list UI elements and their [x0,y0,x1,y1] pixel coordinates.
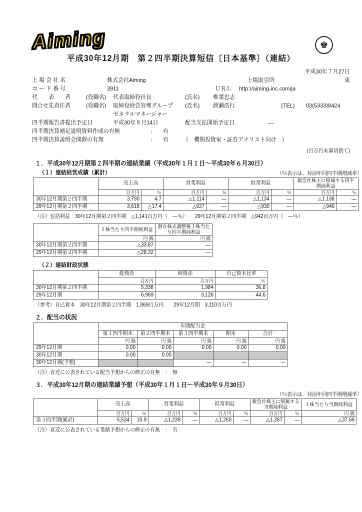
metric-cell: 10.9 [131,417,148,425]
dividend-cell: 0.00 [213,344,248,352]
row-label: 29年12月期 [33,344,98,352]
supplement-label: 四半期決算補足説明資料作成の有無 [32,128,150,137]
dividend-cell: ― [248,359,287,367]
metric-cell: △927 [163,203,206,211]
exchange-value: 東 [275,77,351,86]
metric-cell: ― [206,203,228,211]
section2-title: ２．配当の状況 [35,313,362,322]
metric-cell: ― [155,242,212,250]
contact-row: 問合せ先責任者 (役職名) 取締役経営管理グループ ゼネラルマネージャー (氏名… [32,102,350,119]
column-header: 経常利益 [199,399,250,411]
supplement-colon: ： [150,128,163,137]
exchange-label: 上場取引所 [247,77,275,86]
earnings-report-page: Aiming ♚ 平成30年12月期 第２四半期決算短信〔日本基準〕（連結） 平… [0,0,362,512]
column-header: 売上高 [98,178,163,190]
metric-cell: 3,126 [155,292,215,300]
table-row: 29年12月期第２四半期 △28.32 ― [33,249,212,257]
supplement-row: 四半期決算補足説明資料作成の有無 ： 有 [32,128,350,137]
metric-cell: △17.4 [141,203,163,211]
metric-cell: △33.87 [98,242,155,250]
corner-cell [33,399,97,417]
dividend-cell: 0.00 [248,344,287,352]
table-row: 29年12月期 6,969 3,126 44.6 [33,292,267,300]
dividend-cell: 0.00 [137,352,173,360]
filing-row: 四半期報告書提出予定日 平成30年８月14日 配当支払開始予定日 ― [32,119,350,128]
forecast-note: （注）直近に公表されている業績予想からの修正の有無 ： 有 [35,426,362,434]
column-header: 総資産 [98,270,155,278]
dividend-cell: 0.00 [98,352,137,360]
row-label: 30年12月期 [33,352,98,360]
certification-mark-icon: ♚ [315,36,333,54]
results-table: 売上高 営業利益 経常利益 親会社株主に帰属する四半期純利益 百万円 ％ 百万円… [33,178,359,212]
metric-cell: △949 [293,203,336,211]
metric-cell: 5,338 [98,284,155,292]
table-row: 30年12月期 0.00 0.00 [33,352,287,360]
company-info: 上 場 会 社 名 株式会社Aiming 上場取引所 東 コ ー ド 番 号 3… [0,76,362,145]
comprehensive-income-note: （注）包括利益 30年12月期第２四半期 △1,141百万円（ ―％） 29年1… [35,212,362,220]
metric-cell: △1,267 [250,417,284,425]
metric-cell: △1,134 [228,196,271,204]
table-row: 第３四半期(累計) 5,534 10.9 △1,239 ― △1,260 ― △… [33,417,356,425]
row-label: 29年12月期第２四半期 [33,203,98,211]
column-header: 経常利益 [228,178,293,190]
row-label: 第３四半期(累計) [33,417,97,425]
blank-cell [248,352,287,360]
contact-title-label: (役職名) [86,102,113,111]
column-header: 営業利益 [163,178,228,190]
row-label: 30年12月期第２四半期 [33,242,98,250]
metric-cell: 3,790 [98,196,141,204]
metric-cell: 3,618 [98,203,141,211]
dividend-cell: ― [173,359,213,367]
metric-cell: △28.32 [98,249,155,257]
section1-title: １．平成30年12月期第２四半期の連結業績（平成30年１月１日～平成30年６月3… [35,159,362,168]
dividend-cell: ― [213,359,248,367]
tel-label: (TEL) [281,102,306,111]
url-label: ＵＲＬ [215,85,239,94]
column-header: 期末 [213,330,248,338]
table-row: 30年12月期第２四半期 3,790 4.7 △1,114 ― △1,134 ―… [33,196,358,204]
annual-dividend-header: 年間配当金 [98,323,287,331]
release-date: 平成30年７月27日 [0,68,362,76]
contact-title: 取締役経営管理グループ ゼネラルマネージャー [113,102,185,119]
column-header: 純資産 [155,270,215,278]
column-header: 親会社株主に帰属する当期純利益 [250,399,301,411]
row-label: 29年12月期第２四半期 [33,249,98,257]
per-share-table: １株当たり四半期純利益 潜在株式調整後１株当たり四半期純利益 円 銭 円 銭 3… [33,224,213,258]
section1-sub1-title: （１）連結経営成績（累計） [39,169,111,177]
company-name-row: 上 場 会 社 名 株式会社Aiming 上場取引所 東 [32,77,350,86]
table-row: 30年12月期第２四半期 △33.87 ― [33,242,212,250]
metric-cell: ― [271,203,293,211]
column-header: 第１四半期末 [98,330,137,338]
metric-cell: △930 [228,203,271,211]
column-header: 潜在株式調整後１株当たり四半期純利益 [155,224,212,236]
dividends-table: 年間配当金 第１四半期末 第２四半期末 第３四半期末 期末 合計 円 銭 円 銭… [33,323,288,368]
metric-cell: ― [233,417,250,425]
metric-cell: △37.69 [301,417,356,425]
column-header: 売上高 [97,399,148,411]
briefing-value: 有 [163,136,183,145]
metric-cell: 1,984 [155,284,215,292]
rounding-note: (百万円未満切捨て) [0,147,362,155]
metric-cell: △1,260 [199,417,233,425]
table-row: 30年12月期(予想) ― ― ― [33,359,287,367]
row-label: 30年12月期第２四半期 [33,196,98,204]
rep-name-label: (氏名) [185,94,213,103]
metric-cell: 6,969 [98,292,155,300]
dividend-cell: 0.00 [98,344,137,352]
corner-cell [33,178,98,196]
equity-note: （参考）自己資本 30年12月期第２四半期 1,969百万円 29年12月期 3… [35,301,362,309]
briefing-audience: （ 機関投資家・証券アナリスト向け ） [183,136,287,145]
section3-title: ３．平成30年12月期の連結業績予想（平成30年１月１日～平成30年９月30日） [35,381,362,390]
column-header: １株当たり当期純利益 [301,399,356,411]
blank-cell [213,352,248,360]
table-row: 29年12月期第２四半期 3,618 △17.4 △927 ― △930 ― △… [33,203,358,211]
rep-title-label: (役職名) [86,94,113,103]
dividend-cell: 0.00 [137,344,173,352]
metric-cell: ― [336,196,358,204]
metric-cell: ― [206,196,228,204]
code-value: 3911 [107,85,215,94]
column-header: 第２四半期末 [137,330,173,338]
table-row: 29年12月期 0.00 0.00 0.00 0.00 0.00 [33,344,287,352]
column-header: 営業利益 [148,399,199,411]
table-row: 30年12月期第２四半期 5,338 1,984 36.8 [33,284,267,292]
listed-name: 株式会社Aiming [107,77,247,86]
section1-pct-note: （％表示は、対前年同四半期増減率） [277,169,362,177]
dividend-start-value: ― [268,119,274,128]
column-header: 親会社株主に帰属する四半期純利益 [293,178,358,190]
contact-label: 問合せ先責任者 [32,102,86,111]
column-header: 第３四半期末 [173,330,213,338]
corner-cell [33,224,98,242]
metric-cell: 5,534 [97,417,131,425]
row-label: 30年12月期(予想) [33,359,98,367]
supplement-value: 有 [163,128,169,137]
blank-cell [173,352,213,360]
corner-cell [33,323,98,345]
metric-cell: 44.6 [215,292,267,300]
section1-sub2-title: （２）連結財政状態 [39,261,362,269]
tel-number: 03(5333)8424 [306,102,340,111]
metric-cell: ― [271,196,293,204]
representative-row: 代 表 者 (役職名) 代表取締役社長 (氏名) 椎葉忠志 [32,94,350,103]
code-row: コ ー ド 番 号 3911 ＵＲＬ http://aiming-inc.com… [32,85,350,94]
filing-label: 四半期報告書提出予定日 [32,119,113,128]
dividend-note: （注）直近に公表されている配当予想からの修正の有無 ： 無 [35,368,362,376]
rep-label: 代 表 者 [32,94,86,103]
blank-cell [137,359,173,367]
briefing-row: 四半期決算説明会開催の有無 ： 有 （ 機関投資家・証券アナリスト向け ） [32,136,350,145]
code-label: コ ー ド 番 号 [32,85,107,94]
financial-position-table: 総資産 純資産 自己資本比率 百万円 百万円 ％ 30年12月期第２四半期 5,… [33,270,268,300]
row-label: 30年12月期第２四半期 [33,284,98,292]
contact-name: 渡瀬浩行 [213,102,281,111]
row-label: 29年12月期 [33,292,98,300]
column-header: 合計 [248,330,287,338]
corner-cell [33,270,98,284]
rep-title: 代表取締役社長 [113,94,185,103]
column-header: 自己資本比率 [215,270,267,278]
column-header: １株当たり四半期純利益 [98,224,155,236]
metric-cell: ― [284,417,301,425]
metric-cell: △1,239 [148,417,182,425]
blank-cell [98,359,137,367]
listed-name-label: 上 場 会 社 名 [32,77,107,86]
metric-cell: 36.8 [215,284,267,292]
section3-pct-note: （％表示は、対前年同四半期増減率） [277,390,362,398]
metric-cell: 4.7 [141,196,163,204]
metric-cell: ― [155,249,212,257]
metric-cell: ― [336,203,358,211]
dividend-start-label: 配当支払開始予定日 [185,119,268,128]
filing-date: 平成30年８月14日 [113,119,185,128]
contact-name-label: (氏名) [185,102,213,111]
briefing-colon: ： [150,136,163,145]
rep-name: 椎葉忠志 [213,94,235,103]
metric-cell: ― [182,417,199,425]
dividend-cell: 0.00 [173,344,213,352]
company-url-link[interactable]: http://aiming-inc.com/ja [239,85,296,94]
forecast-table: 売上高 営業利益 経常利益 親会社株主に帰属する当期純利益 １株当たり当期純利益… [33,399,357,425]
metric-cell: △1,138 [293,196,336,204]
briefing-label: 四半期決算説明会開催の有無 [32,136,150,145]
metric-cell: △1,114 [163,196,206,204]
